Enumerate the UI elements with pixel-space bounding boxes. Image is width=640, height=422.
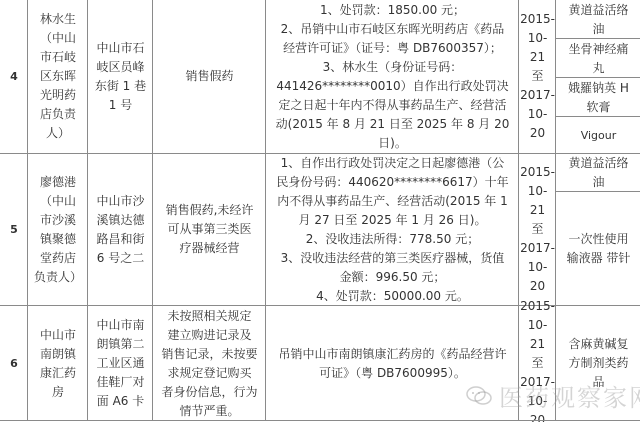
product-item: 一次性使用输液器 带针	[556, 191, 640, 306]
party-cell: 中山市南朗镇康汇药房	[27, 306, 88, 421]
table-row: 4 林水生（中山市石岐区东晖光明药店负责人） 中山市石岐区员峰东街 1 巷1 号…	[0, 0, 640, 153]
party-cell: 廖德港（中山市沙溪镇聚德堂药店负责人）	[27, 154, 88, 305]
row-index: 4	[0, 0, 28, 153]
violation-cell: 销售假药	[152, 0, 266, 153]
product-item: 坐骨神经痛丸	[556, 38, 640, 78]
products-cell: 黄道益活络油 坐骨神经痛丸 娥羅钠英 H软膏 Vigour	[555, 0, 640, 153]
address-cell: 中山市南朗镇第二工业区通佳鞋厂对面 A6 卡	[87, 306, 153, 421]
date-range-cell: 2015-10-21至2017-10-20	[518, 154, 556, 305]
address-cell: 中山市沙溪镇达德路昌和街6 号之二	[87, 154, 153, 305]
row-index: 5	[0, 154, 28, 305]
products-cell: 黄道益活络油 一次性使用输液器 带针	[555, 154, 640, 305]
party-cell: 林水生（中山市石岐区东晖光明药店负责人）	[27, 0, 88, 153]
table-row: 5 廖德港（中山市沙溪镇聚德堂药店负责人） 中山市沙溪镇达德路昌和街6 号之二 …	[0, 153, 640, 305]
product-item: 黄道益活络油	[556, 154, 640, 192]
wechat-icon	[465, 384, 493, 408]
table-bottom-border	[0, 420, 640, 421]
violation-cell: 未按照相关规定建立购进记录及销售记录，未按要求规定登记购买者身份信息，行为情节严…	[152, 306, 266, 421]
penalty-cell: 1、自作出行政处罚决定之日起廖德港（公民身份号码：440620********6…	[265, 154, 519, 305]
date-range-cell: 2015-10-21至2017-10-20	[518, 0, 556, 153]
penalty-cell: 1、处罚款：1850.00 元；2、吊销中山市石岐区东晖光明药店《药品经营许可证…	[265, 0, 519, 153]
row-index: 6	[0, 306, 28, 421]
address-cell: 中山市石岐区员峰东街 1 巷1 号	[87, 0, 153, 153]
product-item: 黄道益活络油	[556, 0, 640, 39]
watermark-text: 医药观察家网	[499, 378, 640, 413]
watermark: 医药观察家网	[465, 378, 640, 413]
product-item: Vigour	[556, 116, 640, 154]
violation-cell: 销售假药,未经许可从事第三类医疗器械经营	[152, 154, 266, 305]
product-item: 娥羅钠英 H软膏	[556, 77, 640, 117]
